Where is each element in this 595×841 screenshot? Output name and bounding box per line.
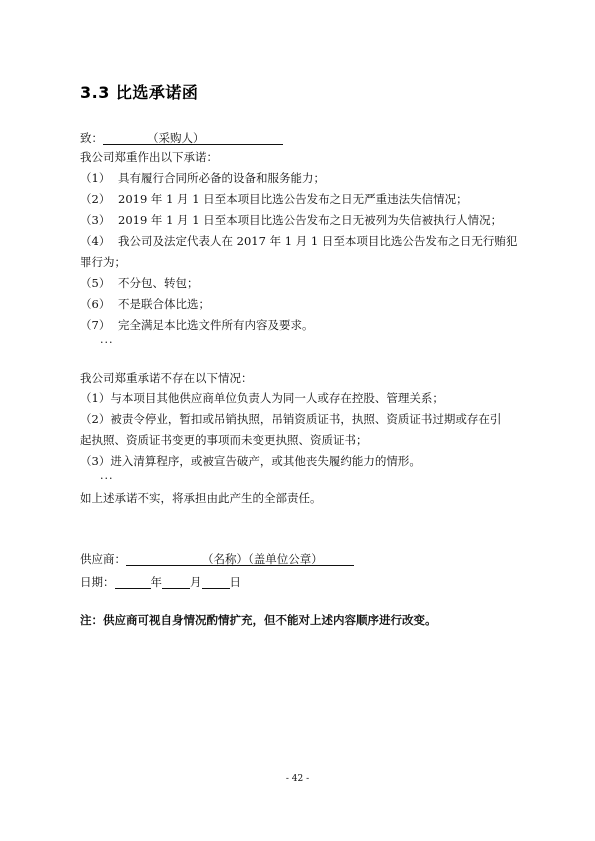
non-existence-item-1: （1）与本项目其他供应商单位负责人为同一人或存在控股、管理关系； [80, 391, 444, 405]
supplier-blank: （名称）（盖单位公章） [126, 552, 354, 566]
addressee-line: 致：（采购人） [80, 131, 283, 145]
closing-statement: 如上述承诺不实，将承担由此产生的全部责任。 [80, 491, 322, 505]
commitment-item-2: （2）2019 年 1 月 1 日至本项目比选公告发布之日无严重违法失信情况； [80, 192, 468, 206]
month-blank [162, 575, 190, 589]
year-label: 年 [151, 575, 163, 589]
item-text: 完全满足本比选文件所有内容及要求。 [118, 318, 314, 332]
item-text: 不是联合体比选； [118, 297, 210, 311]
item-text: 被责令停业，暂扣或吊销执照，吊销资质证书，执照、资质证书过期或存在引 [110, 412, 501, 426]
non-existence-intro: 我公司郑重承诺不存在以下情况： [80, 371, 253, 385]
item-text: 2019 年 1 月 1 日至本项目比选公告发布之日无严重违法失信情况； [118, 192, 468, 206]
ellipsis-1: ... [100, 333, 114, 346]
addressee-label: 致： [80, 131, 103, 145]
commitment-intro: 我公司郑重作出以下承诺： [80, 150, 218, 164]
commitment-item-7: （7）完全满足本比选文件所有内容及要求。 [80, 318, 314, 332]
commitment-item-4: （4）我公司及法定代表人在 2017 年 1 月 1 日至本项目比选公告发布之日… [80, 234, 517, 248]
item-number: （6） [80, 297, 118, 311]
section-heading: 3.3 比选承诺函 [80, 80, 198, 103]
ellipsis-2: ... [100, 469, 114, 482]
day-blank [202, 575, 230, 589]
addressee-blank: （采购人） [103, 131, 283, 145]
supplier-label: 供应商： [80, 552, 126, 566]
commitment-item-1: （1）具有履行合同所必备的设备和服务能力； [80, 171, 325, 185]
date-label: 日期： [80, 575, 115, 589]
item-text: 我公司及法定代表人在 2017 年 1 月 1 日至本项目比选公告发布之日无行贿… [118, 234, 517, 248]
date-line: 日期：年月日 [80, 575, 241, 589]
addressee-placeholder: （采购人） [103, 131, 205, 145]
item-text: 2019 年 1 月 1 日至本项目比选公告发布之日无被列为失信被执行人情况； [118, 213, 502, 227]
item-number: （3） [80, 454, 110, 468]
supplier-placeholder: （名称）（盖单位公章） [126, 552, 323, 566]
item-text: 与本项目其他供应商单位负责人为同一人或存在控股、管理关系； [110, 391, 444, 405]
item-number: （1） [80, 391, 110, 405]
item-text: 进入清算程序，或被宣告破产，或其他丧失履约能力的情形。 [110, 454, 421, 468]
commitment-item-6: （6）不是联合体比选； [80, 297, 210, 311]
item-number: （2） [80, 192, 118, 206]
commitment-item-3: （3）2019 年 1 月 1 日至本项目比选公告发布之日无被列为失信被执行人情… [80, 213, 502, 227]
item-number: （1） [80, 171, 118, 185]
page-number: - 42 - [0, 774, 595, 784]
note: 注：供应商可视自身情况酌情扩充，但不能对上述内容顺序进行改变。 [80, 613, 437, 627]
item-text: 具有履行合同所必备的设备和服务能力； [118, 171, 325, 185]
item-number: （7） [80, 318, 118, 332]
item-number: （4） [80, 234, 118, 248]
non-existence-item-3: （3）进入清算程序，或被宣告破产，或其他丧失履约能力的情形。 [80, 454, 421, 468]
item-text: 不分包、转包； [118, 276, 199, 290]
item-number: （3） [80, 213, 118, 227]
non-existence-item-2-continued: 起执照、资质证书变更的事项而未变更执照、资质证书； [80, 433, 368, 447]
item-number: （5） [80, 276, 118, 290]
item-number: （2） [80, 412, 110, 426]
year-blank [115, 575, 151, 589]
supplier-line: 供应商：（名称）（盖单位公章） [80, 552, 354, 566]
month-label: 月 [190, 575, 202, 589]
commitment-item-5: （5）不分包、转包； [80, 276, 199, 290]
day-label: 日 [230, 575, 242, 589]
non-existence-item-2: （2）被责令停业，暂扣或吊销执照，吊销资质证书，执照、资质证书过期或存在引 [80, 412, 501, 426]
commitment-item-4-continued: 罪行为； [80, 255, 126, 269]
document-page: 3.3 比选承诺函 致：（采购人） 我公司郑重作出以下承诺： （1）具有履行合同… [0, 0, 595, 841]
